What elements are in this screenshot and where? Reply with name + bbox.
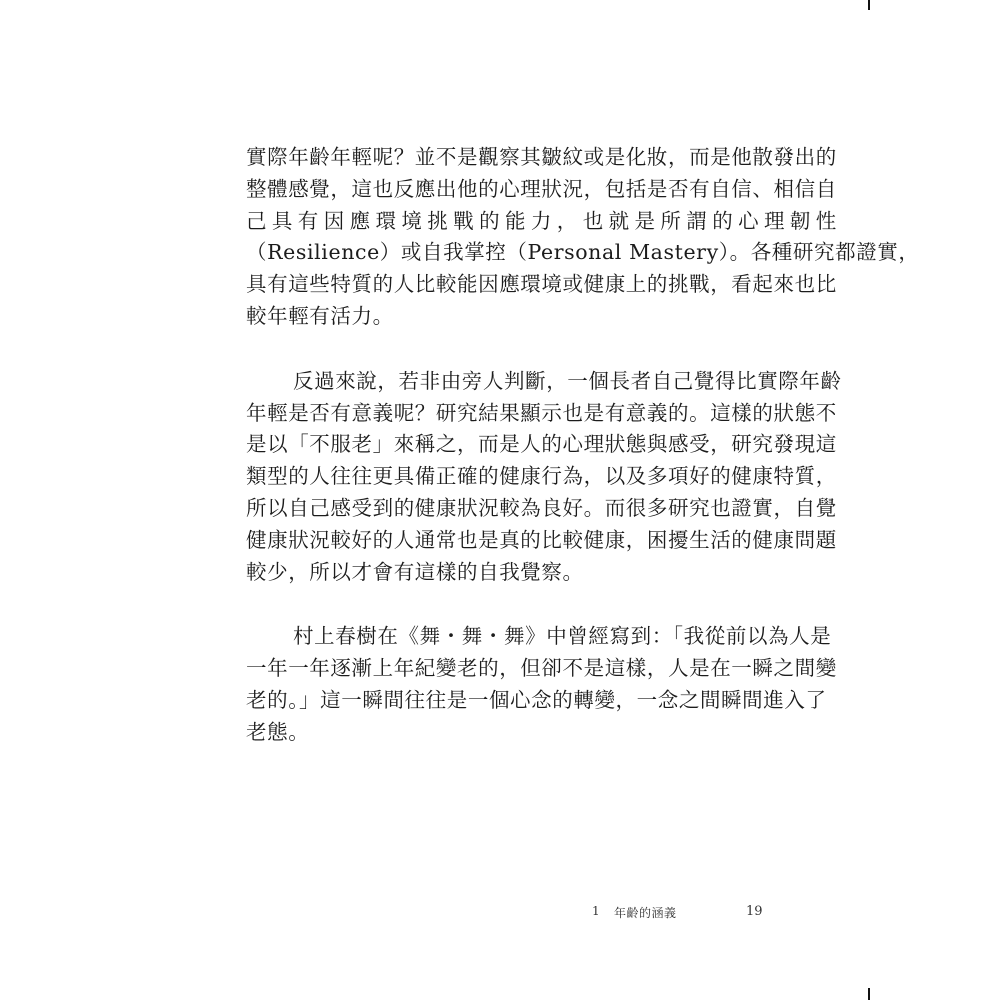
paragraph-2: 反過來說，若非由旁人判斷，一個長者自己覺得比實際年齡 年輕是否有意義呢？研究結果… (246, 366, 776, 589)
text-line: 年輕是否有意義呢？研究結果顯示也是有意義的。這樣的狀態不 (246, 398, 776, 430)
text-line: 己具有因應環境挑戰的能力，也就是所謂的心理韌性 (246, 206, 776, 238)
text-line: 所以自己感受到的健康狀況較為良好。而很多研究也證實，自覺 (246, 493, 776, 525)
text-line: 較少，所以才會有這樣的自我覺察。 (246, 557, 776, 589)
text-line: 村上春樹在《舞・舞・舞》中曾經寫到：「我從前以為人是 (246, 621, 776, 653)
text-line: 老的。」這一瞬間往往是一個心念的轉變，一念之間瞬間進入了 (246, 685, 776, 717)
text-line: 健康狀況較好的人通常也是真的比較健康，困擾生活的健康問題 (246, 525, 776, 557)
crop-mark-top (868, 0, 870, 10)
crop-mark-bottom (868, 988, 870, 1000)
page-number: 19 (746, 904, 763, 919)
text-line: 實際年齡年輕呢？並不是觀察其皺紋或是化妝，而是他散發出的 (246, 142, 776, 174)
text-line: 是以「不服老」來稱之，而是人的心理狀態與感受，研究發現這 (246, 429, 776, 461)
text-line: （Resilience）或自我掌控（Personal Mastery）。各種研究… (246, 237, 776, 269)
paragraph-3: 村上春樹在《舞・舞・舞》中曾經寫到：「我從前以為人是 一年一年逐漸上年紀變老的，… (246, 621, 776, 748)
text-line: 較年輕有活力。 (246, 301, 776, 333)
text-line: 類型的人往往更具備正確的健康行為，以及多項好的健康特質， (246, 461, 776, 493)
paragraph-1: 實際年齡年輕呢？並不是觀察其皺紋或是化妝，而是他散發出的 整體感覺，這也反應出他… (246, 142, 776, 333)
text-line: 反過來說，若非由旁人判斷，一個長者自己覺得比實際年齡 (246, 366, 776, 398)
chapter-number: 1 (592, 904, 600, 918)
text-line: 老態。 (246, 717, 776, 749)
text-line: 具有這些特質的人比較能因應環境或健康上的挑戰，看起來也比 (246, 269, 776, 301)
chapter-title: 年齡的涵義 (614, 904, 677, 921)
paragraph-spacer (246, 588, 776, 621)
text-line: 整體感覺，這也反應出他的心理狀況，包括是否有自信、相信自 (246, 174, 776, 206)
body-text: 實際年齡年輕呢？並不是觀察其皺紋或是化妝，而是他散發出的 整體感覺，這也反應出他… (246, 142, 776, 749)
paragraph-spacer (246, 333, 776, 366)
text-line: 一年一年逐漸上年紀變老的，但卻不是這樣，人是在一瞬之間變 (246, 653, 776, 685)
